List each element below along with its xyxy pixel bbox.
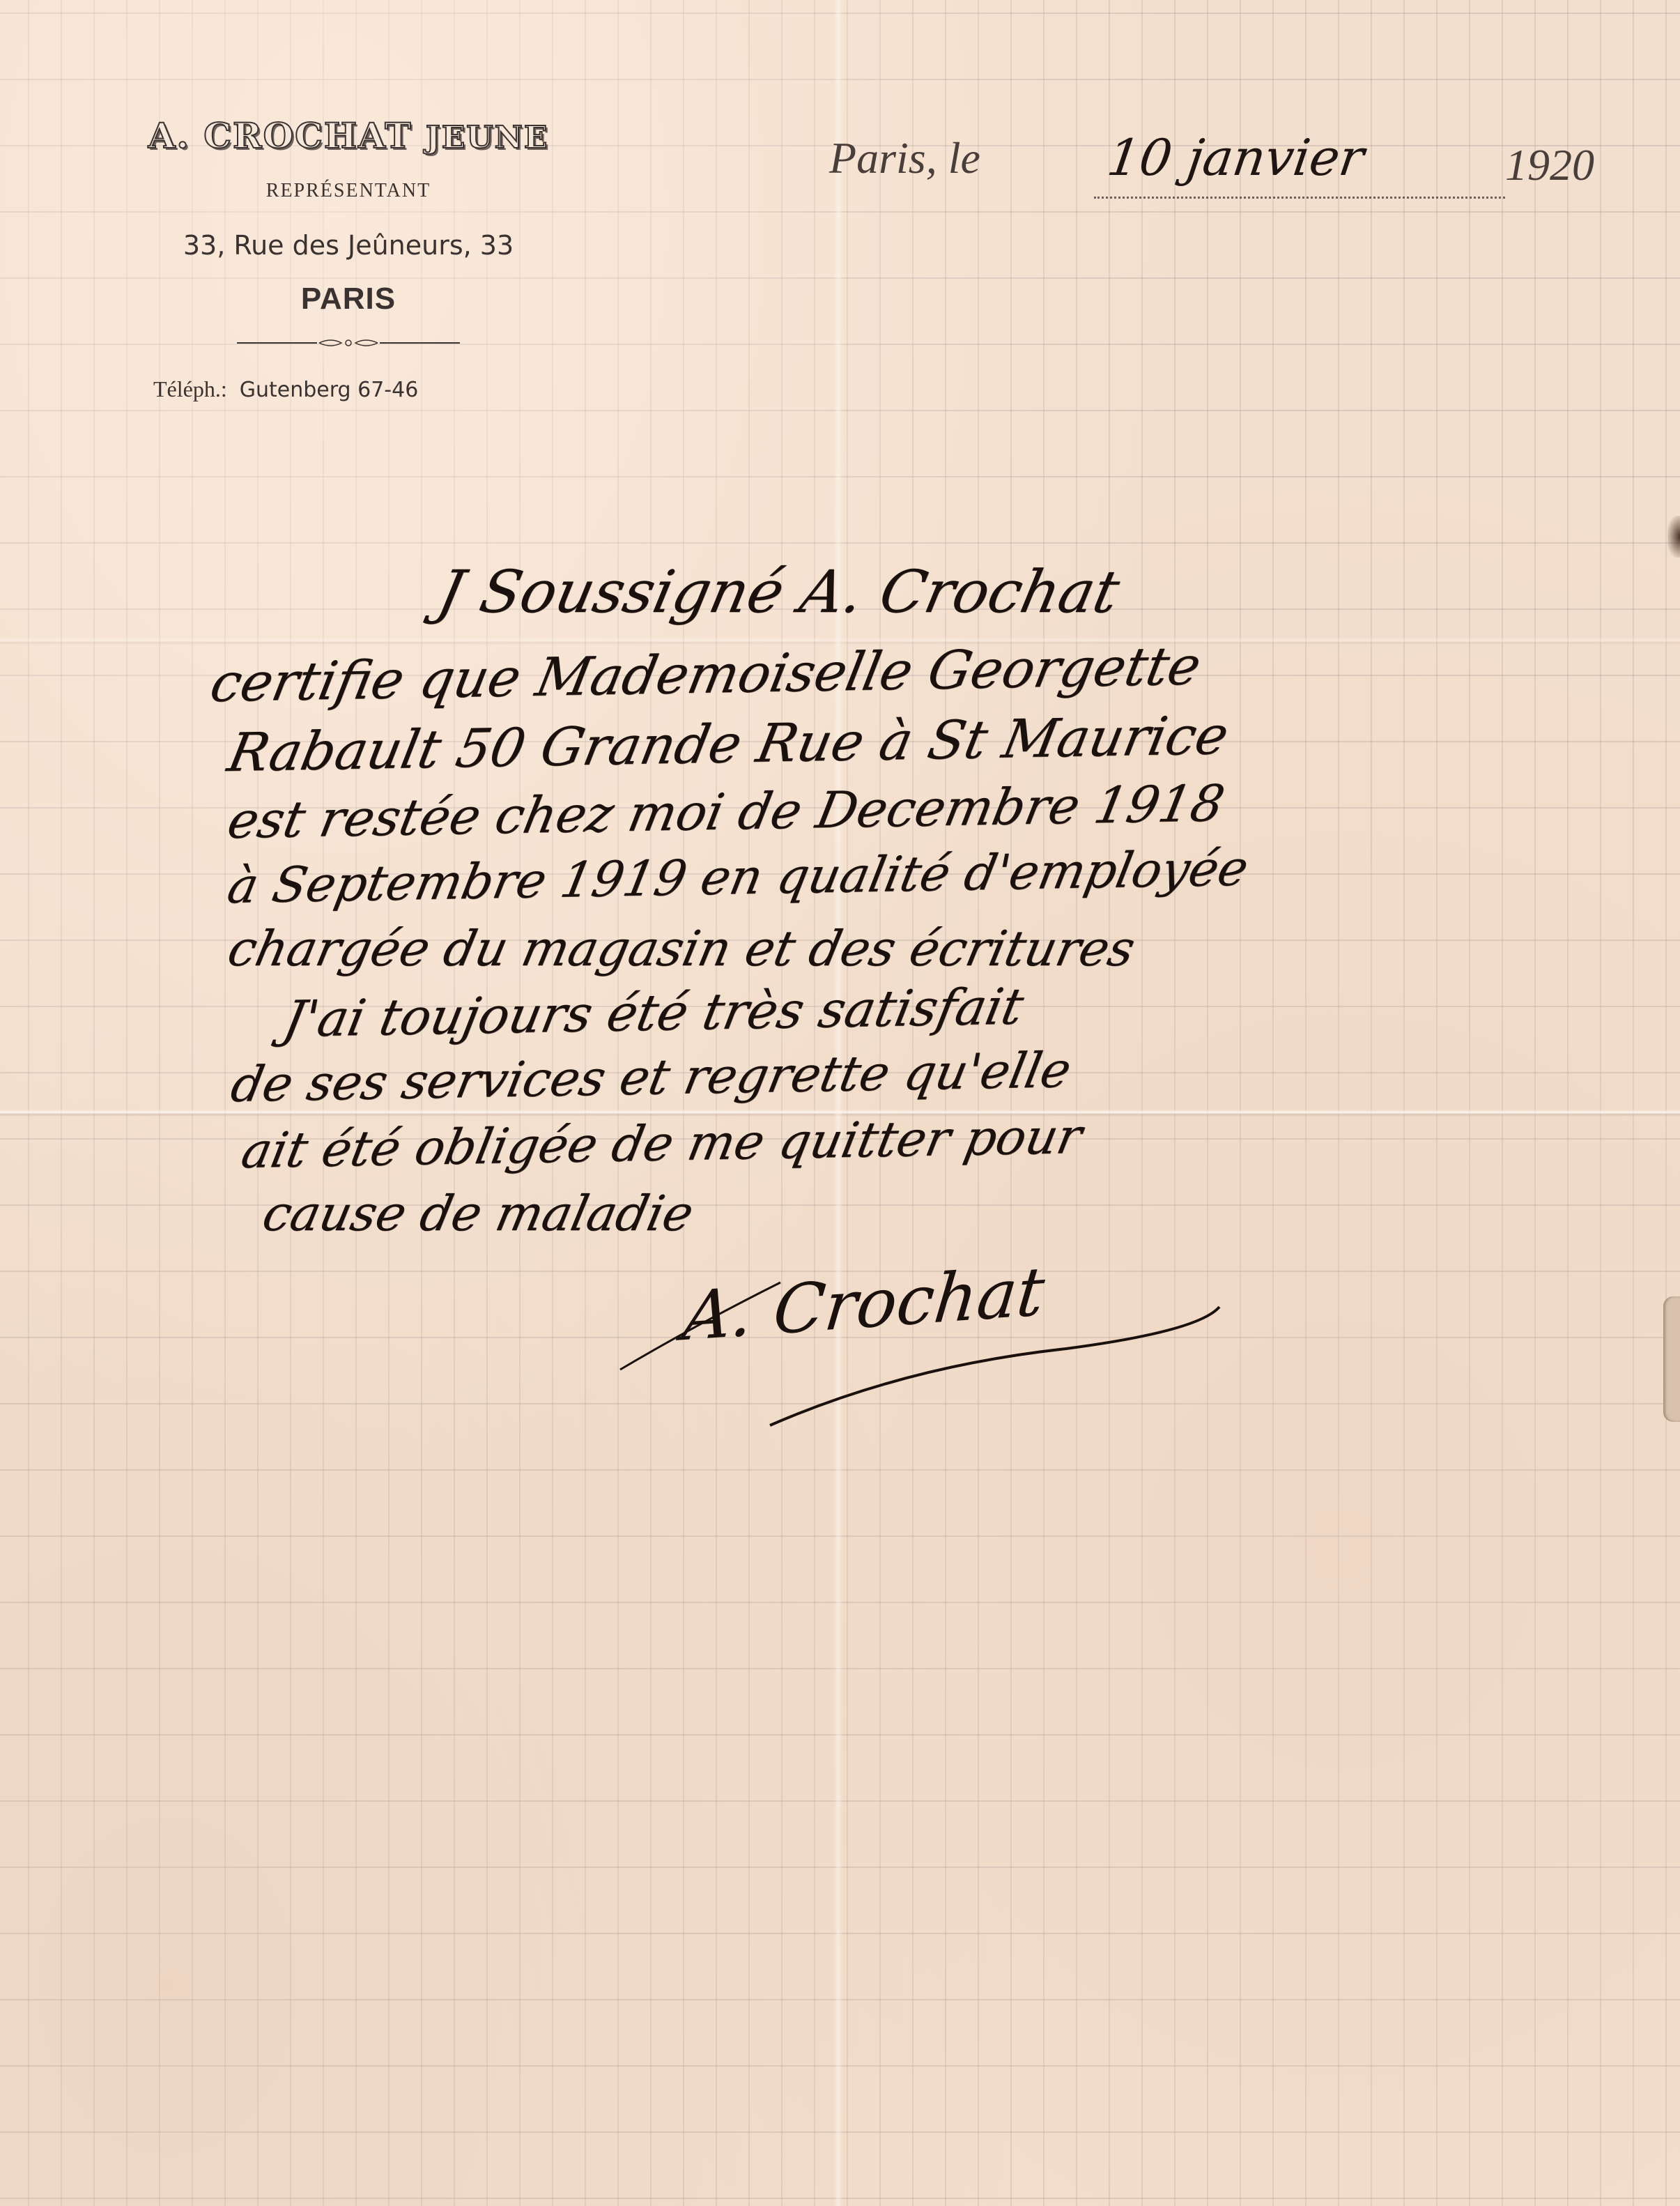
company-name-suffix: JEUNE [426,120,548,155]
body-line: J Soussigné A. Crochat [432,558,1125,626]
dateline: Paris, le 10 janvier 1920 [829,132,1631,258]
body-line: Rabault 50 Grande Rue à St Maurice [223,704,1233,783]
body-line: à Septembre 1919 en qualité d'employée [223,840,1253,914]
edge-tear [1663,1296,1680,1422]
date-printed-prefix: Paris, le [829,132,980,184]
company-address: 33, Rue des Jeûneurs, 33 [84,230,613,261]
company-phone: Téléph.: Gutenberg 67-46 [84,376,613,402]
date-dotted-line [1094,197,1505,199]
date-year: 1920 [1505,139,1594,191]
body-line: certifie que Mademoiselle Georgette [206,634,1206,714]
company-role: REPRÉSENTANT [84,180,613,202]
letter-sheet: A. CROCHAT JEUNE REPRÉSENTANT 33, Rue de… [0,0,1680,2206]
ornament-divider-icon [237,336,460,350]
phone-label: Téléph.: [153,376,227,401]
body-line: J'ai toujours été très satisfait [279,977,1028,1048]
body-line: est restée chez moi de Decembre 1918 [223,774,1229,850]
vertical-fold-crease [833,0,843,2206]
body-line: chargée du magasin et des écritures [223,920,1140,977]
edge-stain [1667,516,1680,558]
company-name: A. CROCHAT JEUNE [84,115,613,156]
body-line: cause de maladie [258,1185,698,1242]
body-line: de ses services et regrette qu'elle [226,1041,1076,1113]
company-city: PARIS [84,282,613,316]
phone-value: Gutenberg 67-46 [240,378,419,402]
body-line: ait été obligée de me quitter pour [237,1108,1086,1179]
date-handwritten: 10 janvier [1104,128,1368,187]
signature: A. Crochat [679,1252,1049,1356]
letterhead: A. CROCHAT JEUNE REPRÉSENTANT 33, Rue de… [84,115,613,402]
company-name-main: A. CROCHAT [148,115,413,156]
